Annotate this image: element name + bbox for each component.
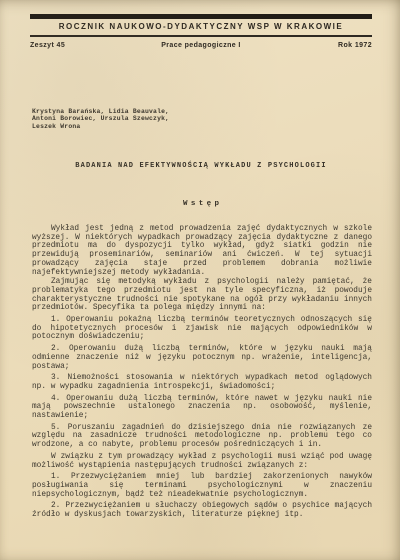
- journal-title: ROCZNIK NAUKOWO-DYDAKTYCZNY WSP W KRAKOW…: [30, 22, 372, 31]
- body-list-item-5: 5. Poruszaniu zagadnień do dzisiejszego …: [32, 424, 372, 450]
- authors-line-3: Leszek Wrona: [32, 123, 372, 130]
- article-title: BADANIA NAD EFEKTYWNOŚCIĄ WYKŁADU Z PSYC…: [30, 162, 372, 170]
- authors-line-1: Krystyna Barańska, Lidia Beauvale,: [32, 108, 372, 115]
- body-paragraph-1: Wykład jest jedną z metod prowadzenia za…: [32, 225, 372, 277]
- publication-year: Rok 1972: [258, 42, 372, 49]
- issue-info-row: Zeszyt 45 Prace pedagogiczne I Rok 1972: [30, 42, 372, 49]
- body-list-item-2: 2. Operowaniu dużą liczbą terminów, któr…: [32, 345, 372, 371]
- body-list-item-1: 1. Operowaniu pokaźną liczbą terminów te…: [32, 316, 372, 342]
- article-body: Wykład jest jedną z metod prowadzenia za…: [32, 225, 372, 523]
- authors-block: Krystyna Barańska, Lidia Beauvale, Anton…: [32, 108, 372, 130]
- issue-number: Zeszyt 45: [30, 42, 144, 49]
- body-paragraph-3: W związku z tym prowadzący wykład z psyc…: [32, 453, 372, 470]
- body-list-item-3: 3. Niemożności stosowania w niektórych w…: [32, 374, 372, 391]
- body-list-item-4: 4. Operowaniu dużą liczbą terminów, któr…: [32, 395, 372, 421]
- masthead-rule: [30, 35, 372, 37]
- scanned-journal-page: ROCZNIK NAUKOWO-DYDAKTYCZNY WSP W KRAKOW…: [0, 0, 400, 560]
- body-paragraph-2: Zajmując się metodyką wykładu z psycholo…: [32, 278, 372, 313]
- body-difficulty-item-2: 2. Przezwyciężaniem u słuchaczy obiegowy…: [32, 502, 372, 519]
- masthead-top-bar: [30, 14, 372, 19]
- authors-line-2: Antoni Borowiec, Urszula Szewczyk,: [32, 115, 372, 122]
- body-difficulty-item-1: 1. Przezwyciężaniem mniej lub bardziej z…: [32, 473, 372, 499]
- series-title: Prace pedagogiczne I: [144, 42, 258, 49]
- section-heading-wstep: Wstęp: [30, 200, 372, 208]
